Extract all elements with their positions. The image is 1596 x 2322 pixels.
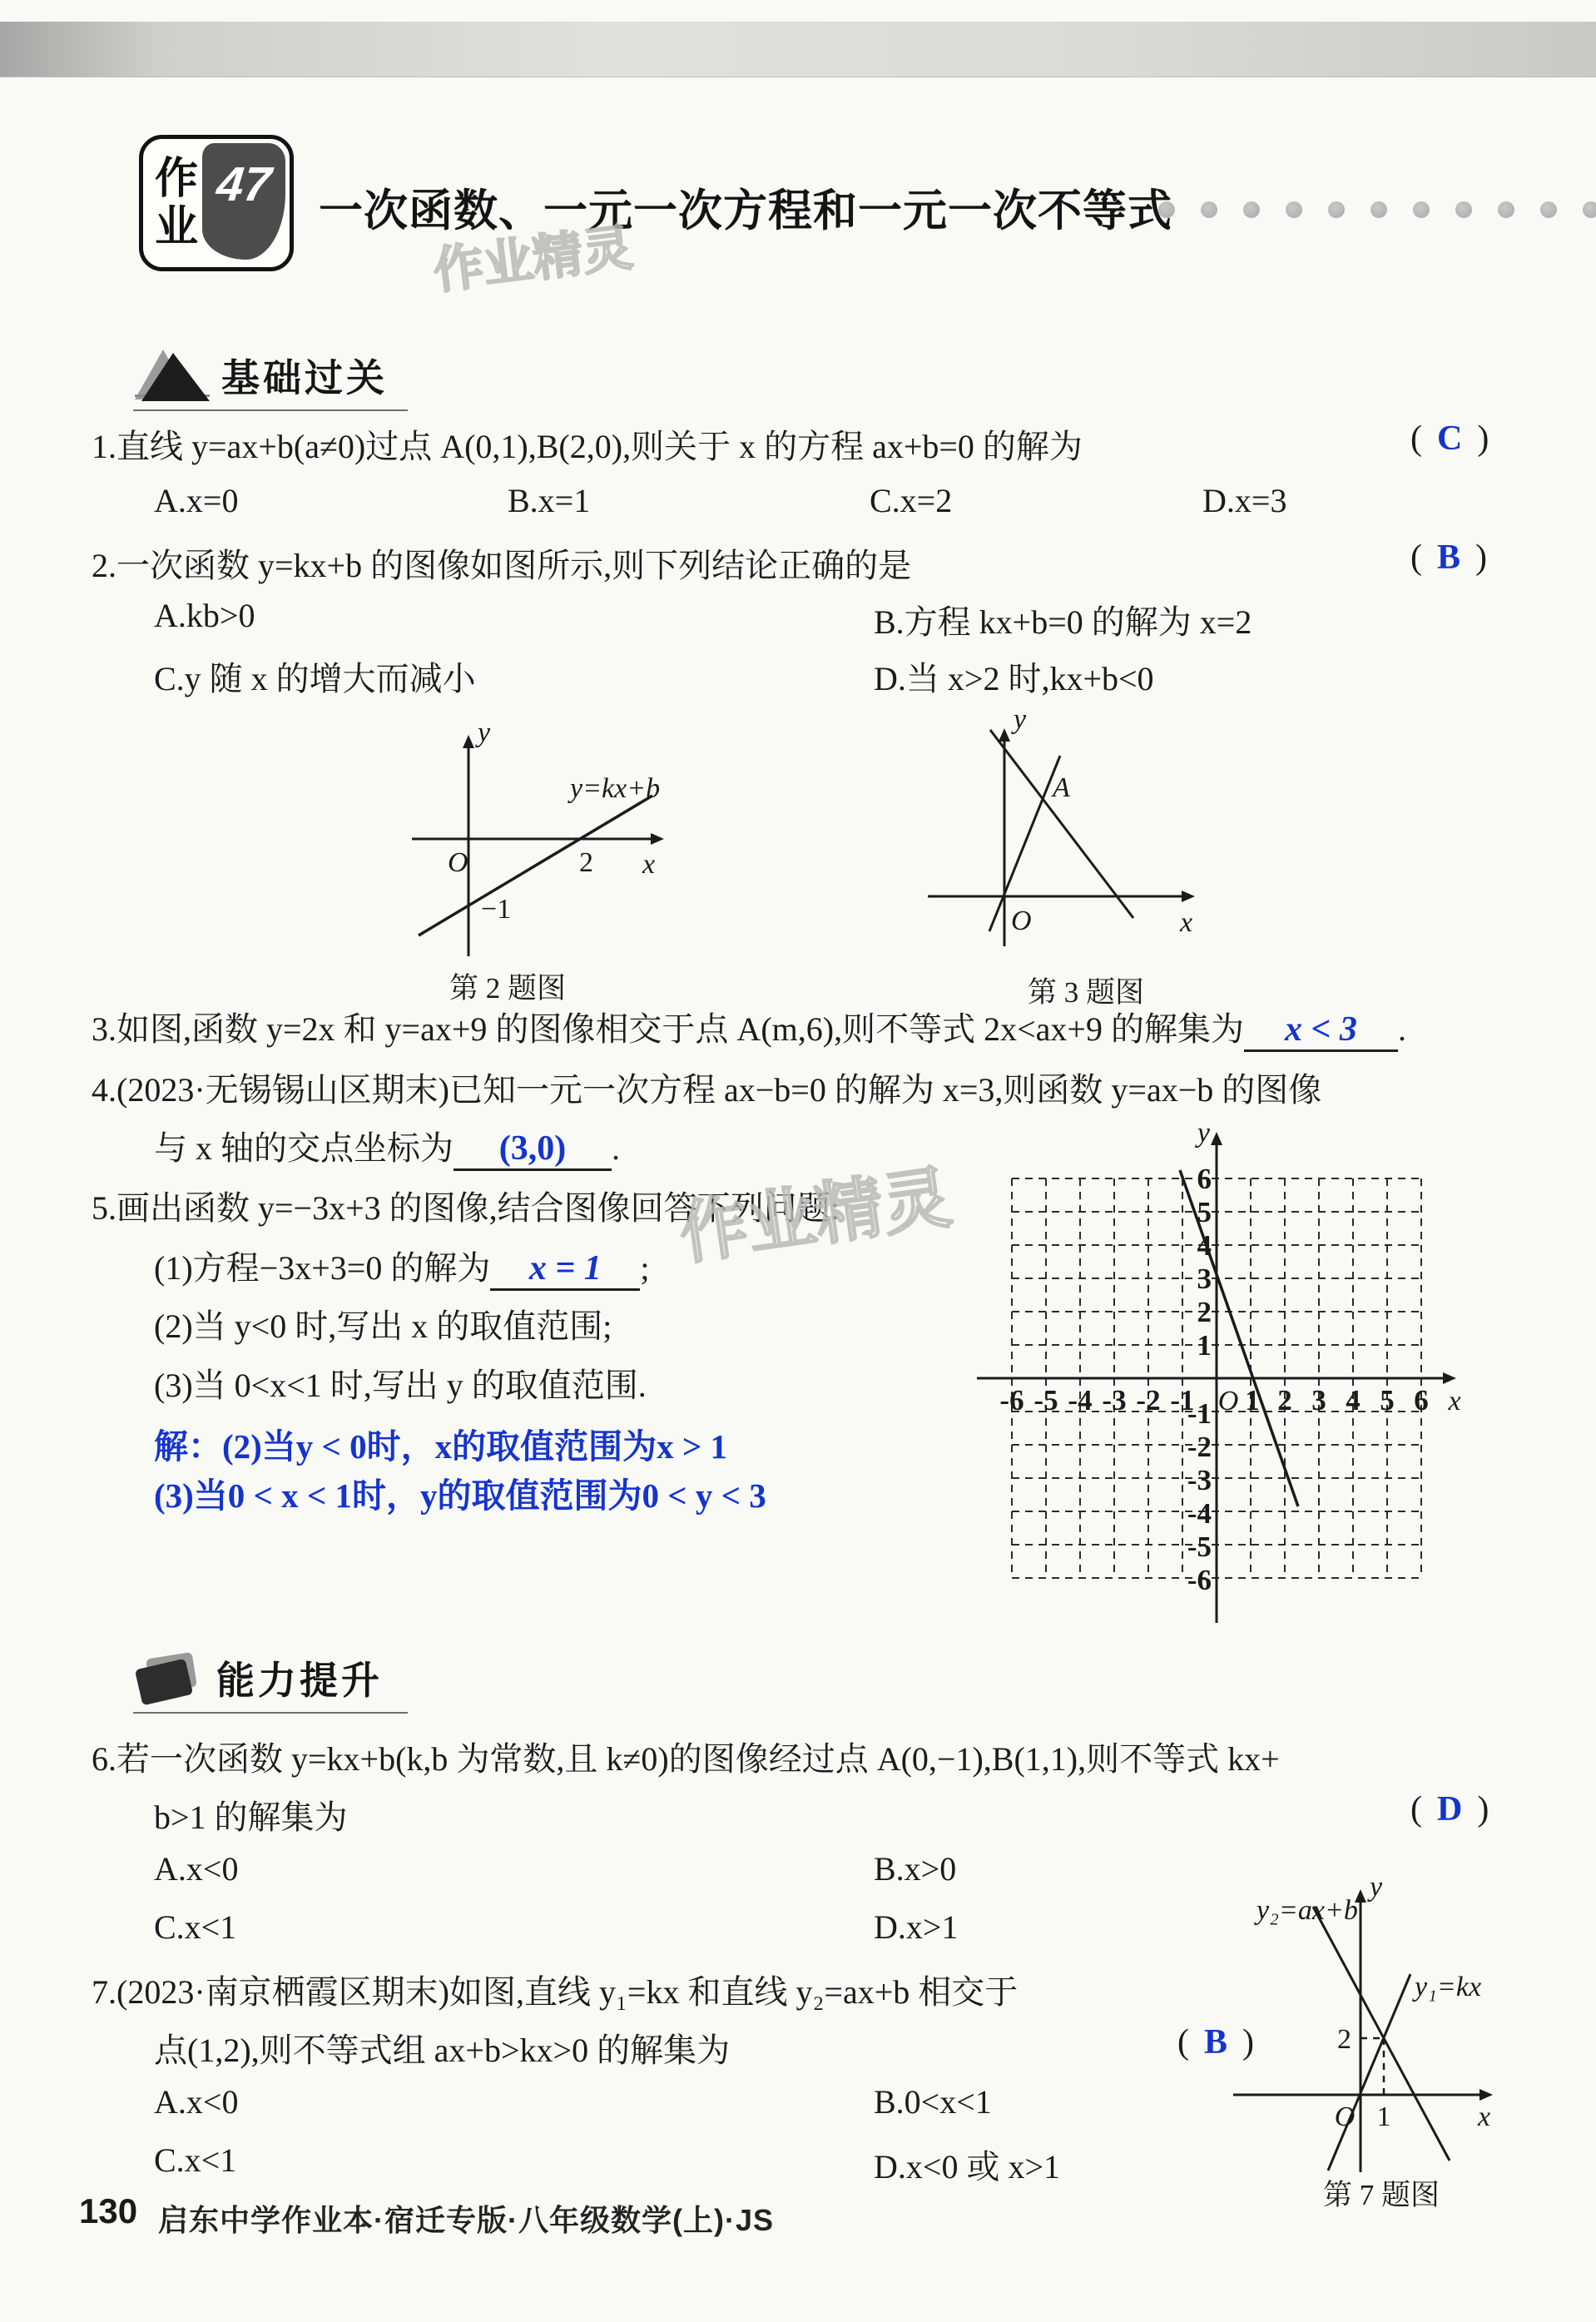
line-y1 <box>1328 1974 1410 2171</box>
problem-1-option-d: D.x=3 <box>1202 481 1286 520</box>
figure-7-caption: 第 7 题图 <box>1281 2172 1481 2214</box>
problem-7-option-c: C.x<1 <box>154 2141 236 2180</box>
dot <box>1243 201 1260 218</box>
figure-2-caption: 第 2 题图 <box>408 965 607 1007</box>
problem-7-line2: 点(1,2),则不等式组 ax+b>kx>0 的解集为 <box>154 2024 730 2071</box>
answer-blank: (3,0) <box>454 1130 612 1171</box>
problem-7-line1: 7.(2023·南京栖霞区期末)如图,直线 y₁=kx 和直线 y₂=ax+b … <box>92 1966 1018 2013</box>
dot <box>1455 201 1472 218</box>
x-tick: -6 <box>999 1384 1024 1417</box>
problem-1-option-a: A.x=0 <box>154 481 238 520</box>
problem-6-answer: (D) <box>1410 1789 1489 1829</box>
page-number: 130 <box>79 2191 137 2231</box>
decorative-dots-row <box>1158 201 1596 218</box>
dot <box>1286 201 1302 218</box>
dot <box>1583 201 1596 218</box>
line-label: y=kx+b <box>568 773 660 804</box>
problem-7-option-a: A.x<0 <box>154 2082 238 2121</box>
x-tick: -3 <box>1102 1384 1126 1417</box>
problem-1-option-c: C.x=2 <box>870 481 952 520</box>
figure-problem-3: A O x y <box>907 703 1207 961</box>
badge-label: 作业 <box>148 145 196 261</box>
origin-label: O <box>1218 1386 1239 1417</box>
y-tick: 5 <box>1197 1196 1212 1228</box>
badge-number-blob: 47 <box>202 143 285 260</box>
paren-open: ( <box>1410 538 1422 577</box>
problem-5-q1: (1)方程−3x+3=0 的解为x = 1; <box>154 1242 649 1291</box>
y-tick: -3 <box>1187 1464 1212 1496</box>
y-axis-label: y <box>1195 1118 1211 1149</box>
problem-6-option-b: B.x>0 <box>874 1849 956 1888</box>
problem-3-row: 3.如图,函数 y=2x 和 y=ax+9 的图像相交于点 A(m,6),则不等… <box>92 1003 1406 1052</box>
x-axis-label: x <box>642 849 655 880</box>
dot <box>1328 201 1345 218</box>
line-y2-label: y₂=ax+b <box>1254 1895 1358 1926</box>
x-tick: 2 <box>1277 1384 1292 1417</box>
problem-5-solution-line1: 解：(2)当y < 0时，x的取值范围为x > 1 <box>154 1419 727 1468</box>
x-axis-label: x <box>1447 1386 1460 1417</box>
problem-2-text: 2.一次函数 y=kx+b 的图像如图所示,则下列结论正确的是 <box>92 539 911 587</box>
dot <box>1158 201 1175 218</box>
problem-4-text: 与 x 轴的交点坐标为 <box>154 1129 454 1167</box>
problem-2-option-c: C.y 随 x 的增大而减小 <box>154 652 476 700</box>
problem-6-line2: b>1 的解集为 <box>154 1791 348 1838</box>
y-tick: -4 <box>1187 1497 1212 1530</box>
problem-1-option-b: B.x=1 <box>508 481 590 520</box>
x-tick: 5 <box>1380 1384 1395 1417</box>
section-basic-label: 基础过关 <box>221 348 388 403</box>
y-tick-neg1: −1 <box>481 894 511 925</box>
watermark: 作业精灵 <box>672 1144 956 1278</box>
dot <box>1498 201 1514 218</box>
problem-7-option-b: B.0<x<1 <box>874 2082 992 2121</box>
y-axis-label: y <box>1367 1872 1383 1903</box>
problem-7-option-d: D.x<0 或 x>1 <box>874 2141 1060 2188</box>
dot <box>1413 201 1430 218</box>
paren-open: ( <box>1410 1790 1422 1828</box>
x-tick: 6 <box>1414 1384 1429 1417</box>
y-tick: 4 <box>1197 1229 1212 1262</box>
section-advanced-label: 能力提升 <box>216 1650 383 1705</box>
problem-2-option-b: B.方程 kx+b=0 的解为 x=2 <box>874 596 1252 643</box>
y-axis-label: y <box>475 717 491 748</box>
y-tick: -6 <box>1187 1564 1212 1596</box>
paren-close: ) <box>1477 419 1489 458</box>
y-tick: 6 <box>1197 1163 1212 1195</box>
problem-4-line1: 4.(2023·无锡锡山区期末)已知一元一次方程 ax−b=0 的解为 x=3,… <box>92 1064 1321 1111</box>
figure-problem-5-grid: -6 -5 -4 -3 -2 -1 O 1 2 3 4 5 6 6 5 4 3 … <box>965 1107 1465 1631</box>
problem-1-text: 1.直线 y=ax+b(a≠0)过点 A(0,1),B(2,0),则关于 x 的… <box>92 420 1083 468</box>
answer-blank: x = 1 <box>490 1250 640 1291</box>
x-tick-1: 1 <box>1377 2101 1391 2132</box>
problem-2-answer: (B) <box>1410 538 1487 578</box>
problem-6-option-c: C.x<1 <box>154 1908 236 1947</box>
y-tick: 2 <box>1197 1296 1212 1328</box>
q1-text: (1)方程−3x+3=0 的解为 <box>154 1249 490 1287</box>
y-tick: 1 <box>1197 1329 1212 1362</box>
problem-6-option-d: D.x>1 <box>874 1908 958 1947</box>
problem-6-option-a: A.x<0 <box>154 1849 238 1888</box>
paren-open: ( <box>1177 2023 1189 2062</box>
line-y1-label: y₁=kx <box>1412 1972 1481 2002</box>
badge-number: 47 <box>199 156 288 212</box>
figure-problem-2: y=kx+b O 2 −1 x y <box>349 712 666 961</box>
x-tick: 3 <box>1311 1384 1326 1417</box>
problem-2-option-a: A.kb>0 <box>154 596 255 635</box>
y-tick: -2 <box>1187 1431 1212 1463</box>
x-axis-label: x <box>1179 907 1192 938</box>
problem-5-solution-line2: (3)当0 < x < 1时，y的取值范围为0 < y < 3 <box>154 1468 766 1517</box>
workbook-page: 作业 47 一次函数、一元一次方程和一元一次不等式 作业精灵 基础过关 1.直线… <box>0 0 1596 2322</box>
period: . <box>612 1129 620 1167</box>
scan-top-band <box>0 22 1596 77</box>
dot <box>1201 201 1217 218</box>
section-advanced: 能力提升 <box>133 1650 408 1714</box>
y-tick: -5 <box>1187 1531 1212 1563</box>
paren-open: ( <box>1410 419 1422 458</box>
answer-letter: D <box>1437 1790 1462 1828</box>
x-tick: -4 <box>1068 1384 1092 1417</box>
problem-3-text: 3.如图,函数 y=2x 和 y=ax+9 的图像相交于点 A(m,6),则不等… <box>92 1010 1244 1048</box>
paren-close: ) <box>1475 538 1487 577</box>
y-tick: 3 <box>1197 1263 1212 1295</box>
paren-close: ) <box>1477 1790 1489 1828</box>
stacked-blocks-icon <box>133 1652 205 1705</box>
answer-letter: B <box>1437 538 1460 577</box>
descending-line <box>990 730 1133 918</box>
problem-5-q2: (2)当 y<0 时,写出 x 的取值范围; <box>154 1300 612 1347</box>
dot <box>1540 201 1557 218</box>
x-tick: -5 <box>1033 1384 1058 1417</box>
problem-2-option-d: D.当 x>2 时,kx+b<0 <box>874 652 1154 700</box>
point-a-label: A <box>1051 772 1070 803</box>
x-tick: -2 <box>1136 1384 1160 1417</box>
assignment-badge: 作业 47 <box>139 135 294 271</box>
figure-problem-7: y₂=ax+b y₁=kx 2 1 O x y <box>1207 1864 1539 2189</box>
problem-4-line2: 与 x 轴的交点坐标为(3,0). <box>154 1122 620 1171</box>
x-axis-label: x <box>1477 2101 1490 2132</box>
answer-letter: C <box>1437 419 1462 458</box>
problem-1-answer: (C) <box>1410 419 1489 459</box>
origin-label: O <box>448 847 468 878</box>
mountain-icon <box>133 348 210 403</box>
semicolon: ; <box>640 1249 649 1287</box>
x-tick: 4 <box>1346 1384 1361 1417</box>
section-basic: 基础过关 <box>133 348 408 411</box>
problem-5-q3: (3)当 0<x<1 时,写出 y 的取值范围. <box>154 1359 647 1407</box>
problem-6-line1: 6.若一次函数 y=kx+b(k,b 为常数,且 k≠0)的图像经过点 A(0,… <box>92 1733 1280 1780</box>
x-tick: 1 <box>1245 1384 1260 1417</box>
y-tick: -1 <box>1187 1397 1212 1430</box>
answer-blank: x < 3 <box>1244 1011 1398 1052</box>
y-tick-2: 2 <box>1337 2024 1351 2055</box>
y-axis-label: y <box>1011 704 1027 735</box>
origin-label: O <box>1011 905 1032 936</box>
period: . <box>1398 1010 1406 1048</box>
origin-label: O <box>1335 2101 1356 2132</box>
dot <box>1370 201 1387 218</box>
x-tick-2: 2 <box>579 847 593 878</box>
footer-imprint: 启东中学作业本·宿迁专版·八年级数学(上)·JS <box>158 2197 774 2240</box>
